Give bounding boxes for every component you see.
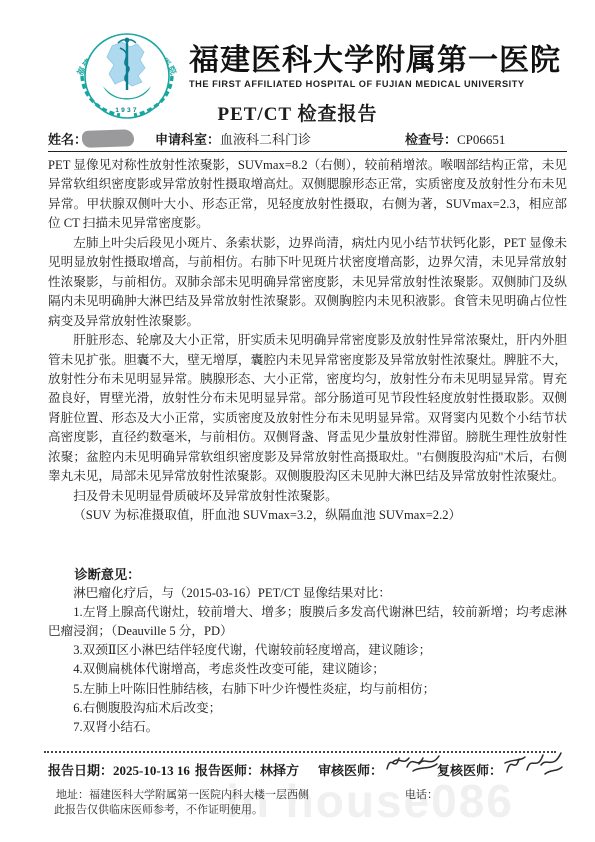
diagnosis-item: 7.双肾小结石。 xyxy=(48,718,567,737)
diagnosis-section: 诊断意见： 淋巴瘤化疗后，与（2015-03-16）PET/CT 显像结果对比：… xyxy=(48,565,567,737)
report-doctor-value: 林择方 xyxy=(260,763,299,778)
hospital-name-en: THE FIRST AFFILIATED HOSPITAL OF FUJIAN … xyxy=(189,79,571,89)
diagnosis-item: 4.双侧扁桃体代谢增高，考虑炎性改变可能，建议随诊； xyxy=(48,660,567,679)
exam-number-field: 检查号：CP06651 xyxy=(405,129,505,148)
disclaimer-text: 此报告仅供临床医师参考，不作证明使用。 xyxy=(54,801,263,817)
phone-label: 电话： xyxy=(405,786,438,802)
header-divider xyxy=(48,151,567,152)
footer-divider xyxy=(44,751,556,753)
findings-paragraph: 扫及骨未见明显骨质破坏及异常放射性浓聚影。 xyxy=(48,487,567,506)
patient-info-row: 姓名： 申请科室：血液科二科门诊 检查号：CP06651 xyxy=(48,129,567,151)
diagnosis-item: 6.右侧腹股沟疝术后改变； xyxy=(48,699,567,718)
petct-report-page: in house086 福建医科大学附属第一医院 1937 福建医科大学附属第一… xyxy=(0,0,595,842)
address-field: 地址：福建医科大学附属第一医院内科大楼一层西侧 xyxy=(56,786,309,802)
review-doctor-signature xyxy=(500,749,566,779)
department-label: 申请科室： xyxy=(155,132,220,147)
address-value: 福建医科大学附属第一医院内科大楼一层西侧 xyxy=(89,789,309,801)
review-doctor-label: 复核医师： xyxy=(437,760,502,779)
address-label: 地址： xyxy=(56,789,89,801)
findings-paragraph: （SUV 为标准摄取值，肝血池 SUVmax=3.2，纵隔血池 SUVmax=2… xyxy=(48,506,567,525)
diagnosis-label: 诊断意见： xyxy=(48,565,567,584)
findings-paragraph: 肝脏形态、轮廓及大小正常，肝实质未见明确异常密度影及放射性异常浓聚灶，肝内外胆管… xyxy=(48,331,567,487)
findings-paragraph: PET 显像见对称性放射性浓聚影，SUVmax=8.2（右侧），较前稍增浓。喉咽… xyxy=(48,156,567,234)
audit-doctor-signature xyxy=(382,749,444,777)
findings-paragraph: 左肺上叶尖后段见小斑片、条索状影，边界尚清，病灶内见小结节状钙化影，PET 显像… xyxy=(48,234,567,331)
report-date-value: 2025-10-13 16 xyxy=(113,763,190,778)
report-date-field: 报告日期：2025-10-13 16 xyxy=(48,760,190,779)
hospital-name-block: 福建医科大学附属第一医院 THE FIRST AFFILIATED HOSPIT… xyxy=(189,44,571,89)
diagnosis-item: 3.双颈Ⅱ区小淋巴结伴轻度代谢，代谢较前轻度增高，建议随诊； xyxy=(48,641,567,660)
report-date-label: 报告日期： xyxy=(48,763,113,778)
audit-doctor-label: 审核医师： xyxy=(318,760,383,779)
address-row: 地址：福建医科大学附属第一医院内科大楼一层西侧 电话： xyxy=(48,786,567,802)
department-field: 申请科室：血液科二科门诊 xyxy=(155,129,311,148)
report-doctor-field: 报告医师：林择方 xyxy=(195,760,299,779)
diagnosis-item: 1.左肾上腺高代谢灶，较前增大、增多；腹膜后多发高代谢淋巴结，较前新增；均考虑淋… xyxy=(48,603,567,641)
exam-number-value: CP06651 xyxy=(457,132,505,147)
department-value: 血液科二科门诊 xyxy=(220,132,311,147)
exam-number-label: 检查号： xyxy=(405,132,457,147)
report-doctor-label: 报告医师： xyxy=(195,763,260,778)
page-title: PET/CT 检查报告 xyxy=(0,99,595,126)
diagnosis-item: 5.左肺上叶陈旧性肺结核，右肺下叶少许慢性炎症，均与前相仿； xyxy=(48,680,567,699)
hospital-name-cn: 福建医科大学附属第一医院 xyxy=(189,44,571,78)
diagnosis-intro: 淋巴瘤化疗后，与（2015-03-16）PET/CT 显像结果对比： xyxy=(48,584,567,603)
patient-name-redaction xyxy=(82,129,135,148)
findings-section: PET 显像见对称性放射性浓聚影，SUVmax=8.2（右侧），较前稍增浓。喉咽… xyxy=(48,156,567,526)
